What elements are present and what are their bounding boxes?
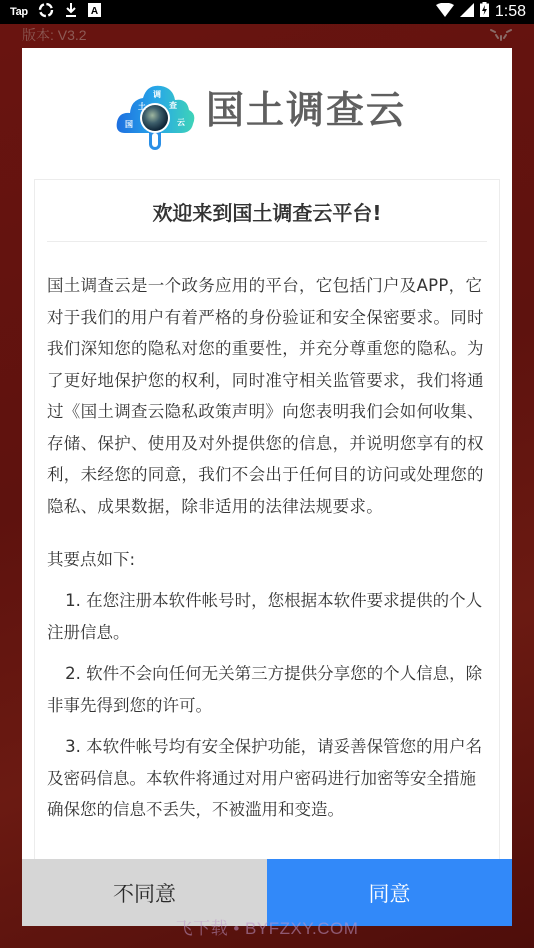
svg-text:土: 土 <box>138 101 146 111</box>
point-item: 3. 本软件帐号均有安全保护功能，请妥善保管您的用户名及密码信息。本软件将通过对… <box>47 731 487 826</box>
points-heading: 其要点如下: <box>47 544 487 575</box>
spinner-icon <box>488 24 514 42</box>
svg-text:国: 国 <box>125 119 133 129</box>
status-app-label: Tap <box>10 6 28 18</box>
status-bar: Tap A 1:58 <box>0 0 534 24</box>
svg-text:云: 云 <box>177 117 185 127</box>
version-label: 版本: V3.2 <box>22 25 87 45</box>
svg-text:调: 调 <box>152 89 161 99</box>
text-a-icon: A <box>88 3 101 22</box>
battery-charging-icon <box>480 2 489 22</box>
sync-icon <box>38 2 54 23</box>
privacy-dialog: 国 土 调 查 云 国土调查云 欢迎来到国土调查云平台! 国土调查云是一个政务应… <box>22 48 512 926</box>
watermark: 飞下载 • BYFZXY.COM <box>0 914 534 939</box>
point-item: 2. 软件不会向任何无关第三方提供分享您的个人信息，除非事先得到您的许可。 <box>47 658 487 721</box>
intro-paragraph: 国土调查云是一个政务应用的平台，它包括门户及APP，它对于我们的用户有着严格的身… <box>47 270 487 522</box>
svg-text:A: A <box>91 6 98 17</box>
download-icon <box>64 2 78 23</box>
wifi-icon <box>436 3 454 22</box>
logo-text: 国土调查云 <box>206 88 406 132</box>
cloud-globe-logo-icon: 国 土 调 查 云 <box>115 78 195 156</box>
point-item: 1. 在您注册本软件帐号时，您根据本软件要求提供的个人注册信息。 <box>47 585 487 648</box>
svg-text:查: 查 <box>169 100 177 110</box>
status-time: 1:58 <box>495 3 526 21</box>
signal-icon <box>460 3 474 22</box>
logo: 国 土 调 查 云 国土调查云 <box>22 48 512 178</box>
dialog-title: 欢迎来到国土调查云平台! <box>47 180 487 242</box>
privacy-content[interactable]: 欢迎来到国土调查云平台! 国土调查云是一个政务应用的平台，它包括门户及APP，它… <box>34 179 500 900</box>
